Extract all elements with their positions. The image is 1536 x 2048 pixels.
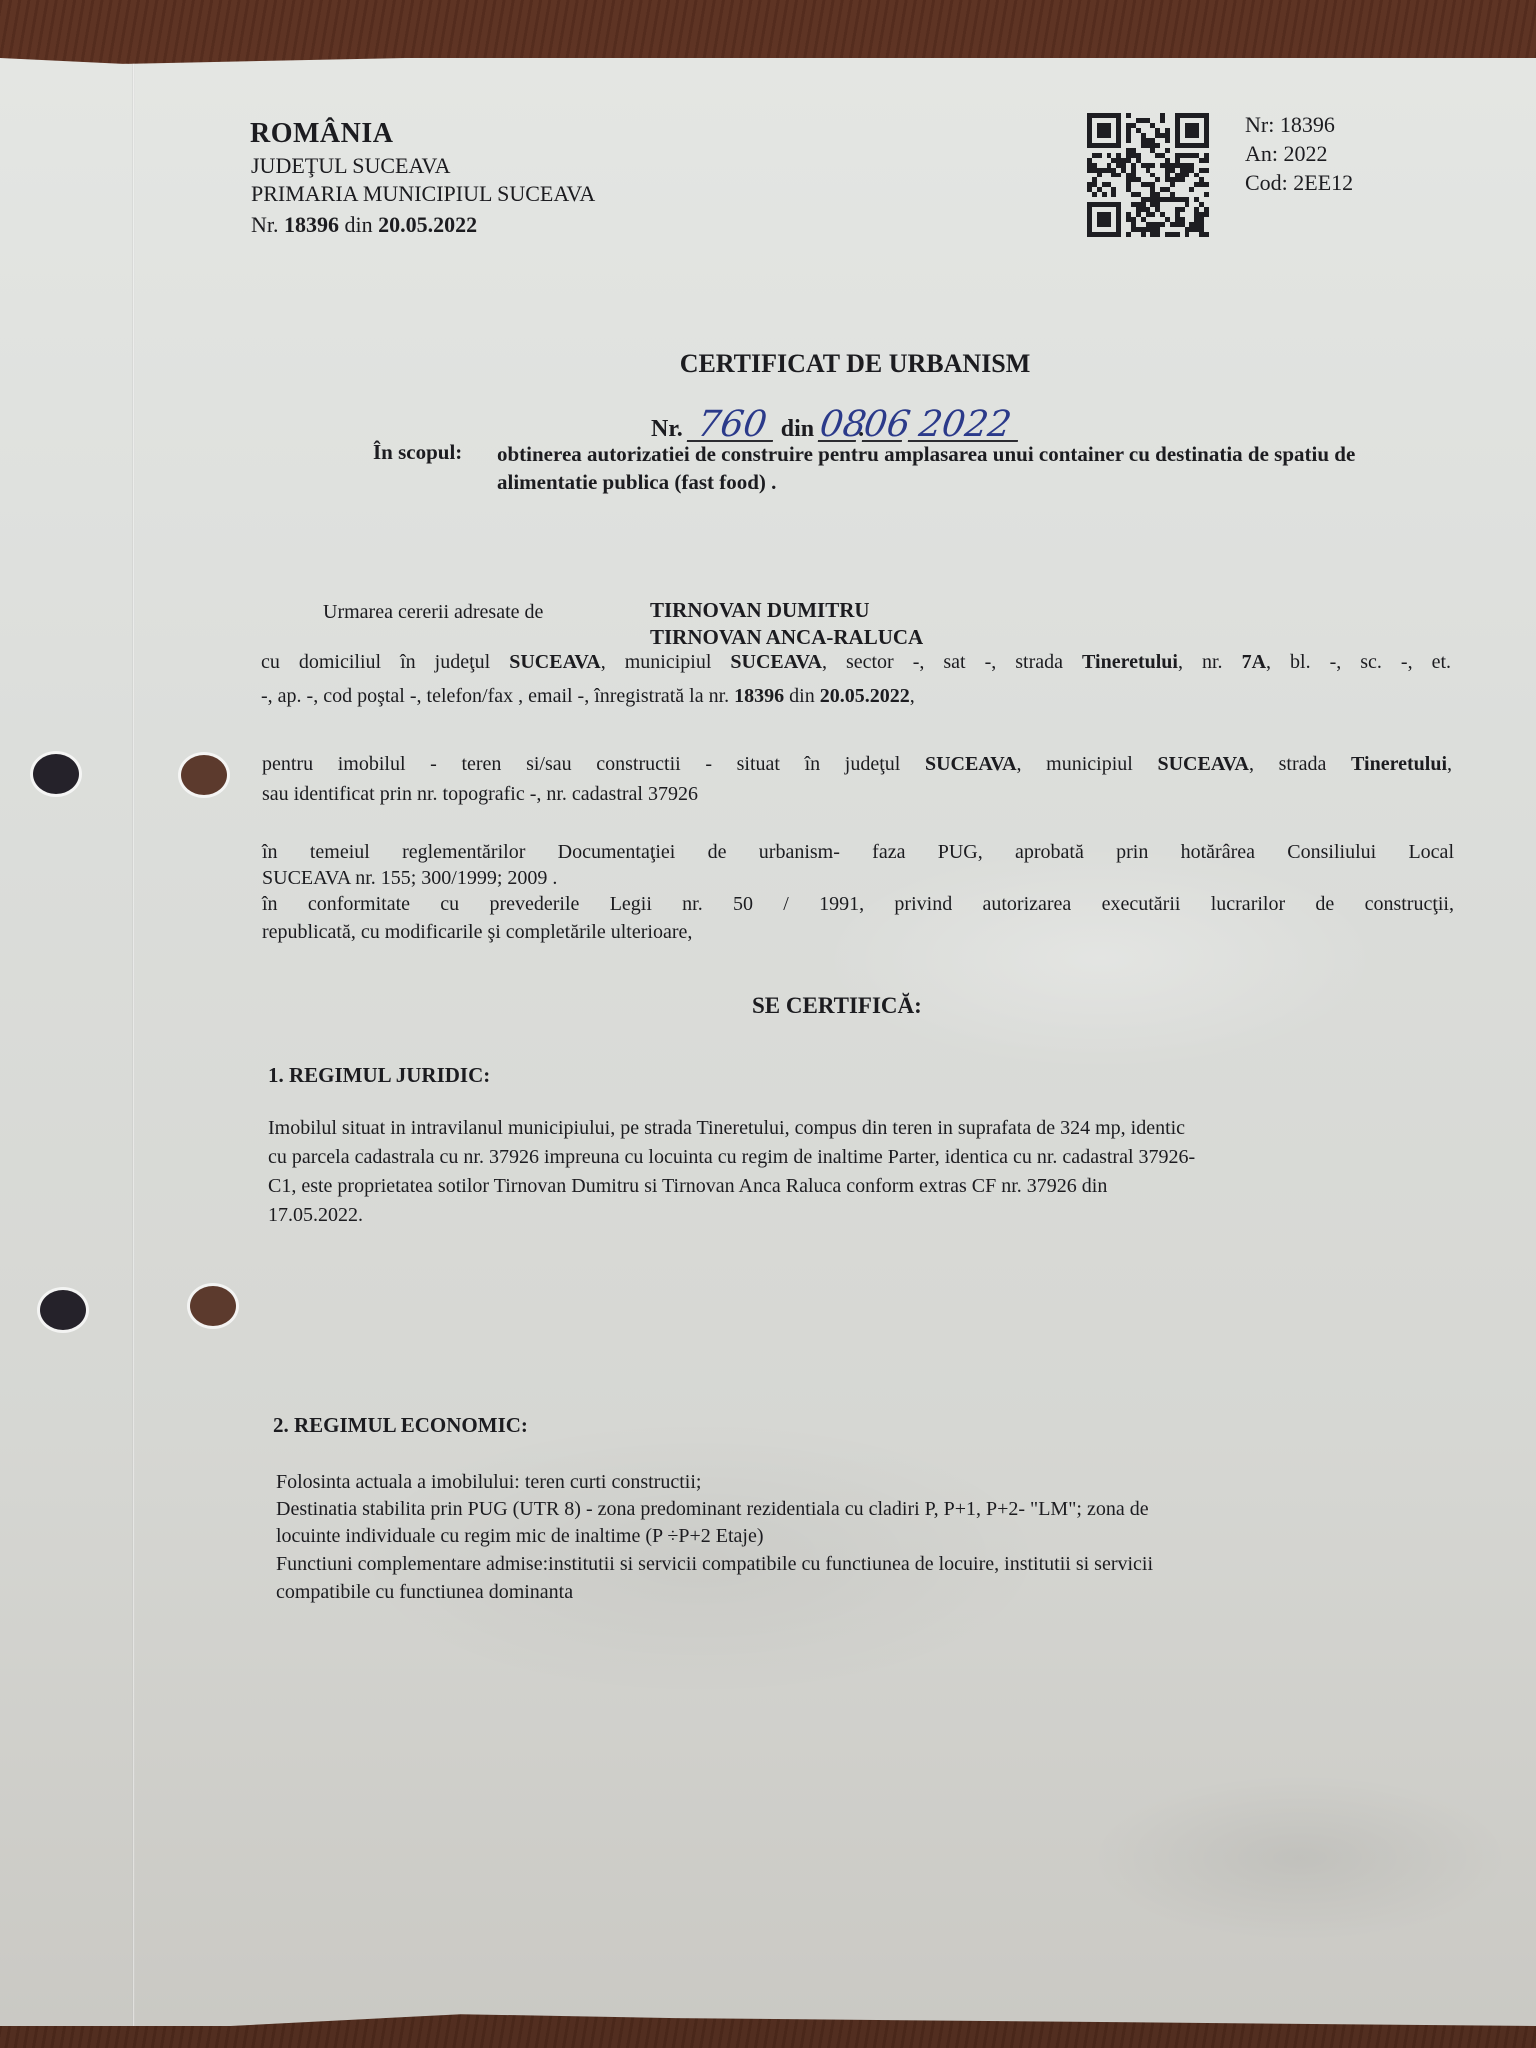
handwritten-day: 08 — [818, 410, 860, 442]
se-certifica-heading: SE CERTIFICĂ: — [752, 993, 922, 1019]
property-line-1: pentru imobilul - teren si/sau construct… — [262, 752, 1452, 777]
legal-line-3: în conformitate cu prevederile Legii nr.… — [262, 892, 1454, 917]
certificate-title: CERTIFICAT DE URBANISM — [0, 349, 1536, 379]
scope-label: În scopul: — [373, 440, 462, 465]
applicant-2: TIRNOVAN ANCA-RALUCA — [650, 625, 923, 650]
punch-hole — [190, 1286, 236, 1326]
applicant-1: TIRNOVAN DUMITRU — [650, 598, 870, 623]
domicile-line-2: -, ap. -, cod poştal -, telefon/fax , em… — [261, 684, 915, 709]
header-county: JUDEŢUL SUCEAVA — [251, 153, 450, 179]
punch-hole — [33, 754, 79, 794]
legal-line-2: SUCEAVA nr. 155; 300/1999; 2009 . — [262, 866, 557, 891]
header-country: ROMÂNIA — [250, 118, 394, 150]
reg-date: 20.05.2022 — [378, 212, 477, 237]
reg-number: 18396 — [284, 212, 339, 237]
section-2-line: Folosinta actuala a imobilului: teren cu… — [276, 1470, 701, 1495]
section-2-line: compatibile cu functiunea dominanta — [276, 1580, 573, 1605]
reg-din: din — [345, 212, 373, 237]
meta-cod: Cod: 2EE12 — [1245, 170, 1353, 196]
section-2-line: Destinatia stabilita prin PUG (UTR 8) - … — [276, 1497, 1149, 1522]
section-2-heading: 2. REGIMUL ECONOMIC: — [273, 1413, 528, 1438]
section-1-line: cu parcela cadastrala cu nr. 37926 impre… — [268, 1145, 1195, 1170]
section-1-line: Imobilul situat in intravilanul municipi… — [268, 1116, 1185, 1141]
handwritten-number: 760 — [687, 410, 777, 442]
din-label: din — [781, 416, 814, 442]
meta-nr: Nr: 18396 — [1245, 112, 1335, 138]
request-intro: Urmarea cererii adresate de — [323, 600, 543, 625]
section-1-heading: 1. REGIMUL JURIDIC: — [268, 1063, 490, 1088]
handwritten-month: 06 — [862, 410, 906, 442]
section-2-line: Functiuni complementare admise:instituti… — [276, 1552, 1153, 1577]
meta-an: An: 2022 — [1245, 141, 1328, 167]
handwritten-year: 2022 — [908, 410, 1022, 442]
punch-hole — [40, 1290, 86, 1330]
legal-line-1: în temeiul reglementărilor Documentaţiei… — [262, 840, 1454, 865]
scope-text: obtinerea autorizatiei de construire pen… — [497, 440, 1417, 496]
reg-prefix: Nr. — [251, 212, 279, 237]
nr-label: Nr. — [651, 416, 683, 442]
legal-line-4: republicată, cu modificarile şi completă… — [262, 920, 692, 945]
property-line-2: sau identificat prin nr. topografic -, n… — [262, 782, 698, 807]
qr-code-icon — [1087, 113, 1209, 237]
header-registration: Nr. 18396 din 20.05.2022 — [251, 212, 477, 238]
header-institution: PRIMARIA MUNICIPIUL SUCEAVA — [251, 181, 595, 207]
punch-hole — [181, 755, 227, 795]
section-2-line: locuinte individuale cu regim mic de ina… — [276, 1524, 764, 1549]
section-1-line: 17.05.2022. — [268, 1203, 363, 1228]
section-1-line: C1, este proprietatea sotilor Tirnovan D… — [268, 1174, 1107, 1199]
certificate-number-line: Nr. 760 din 08.06 2022 — [651, 410, 1020, 443]
domicile-line-1: cu domiciliul în judeţul SUCEAVA, munici… — [261, 650, 1451, 675]
